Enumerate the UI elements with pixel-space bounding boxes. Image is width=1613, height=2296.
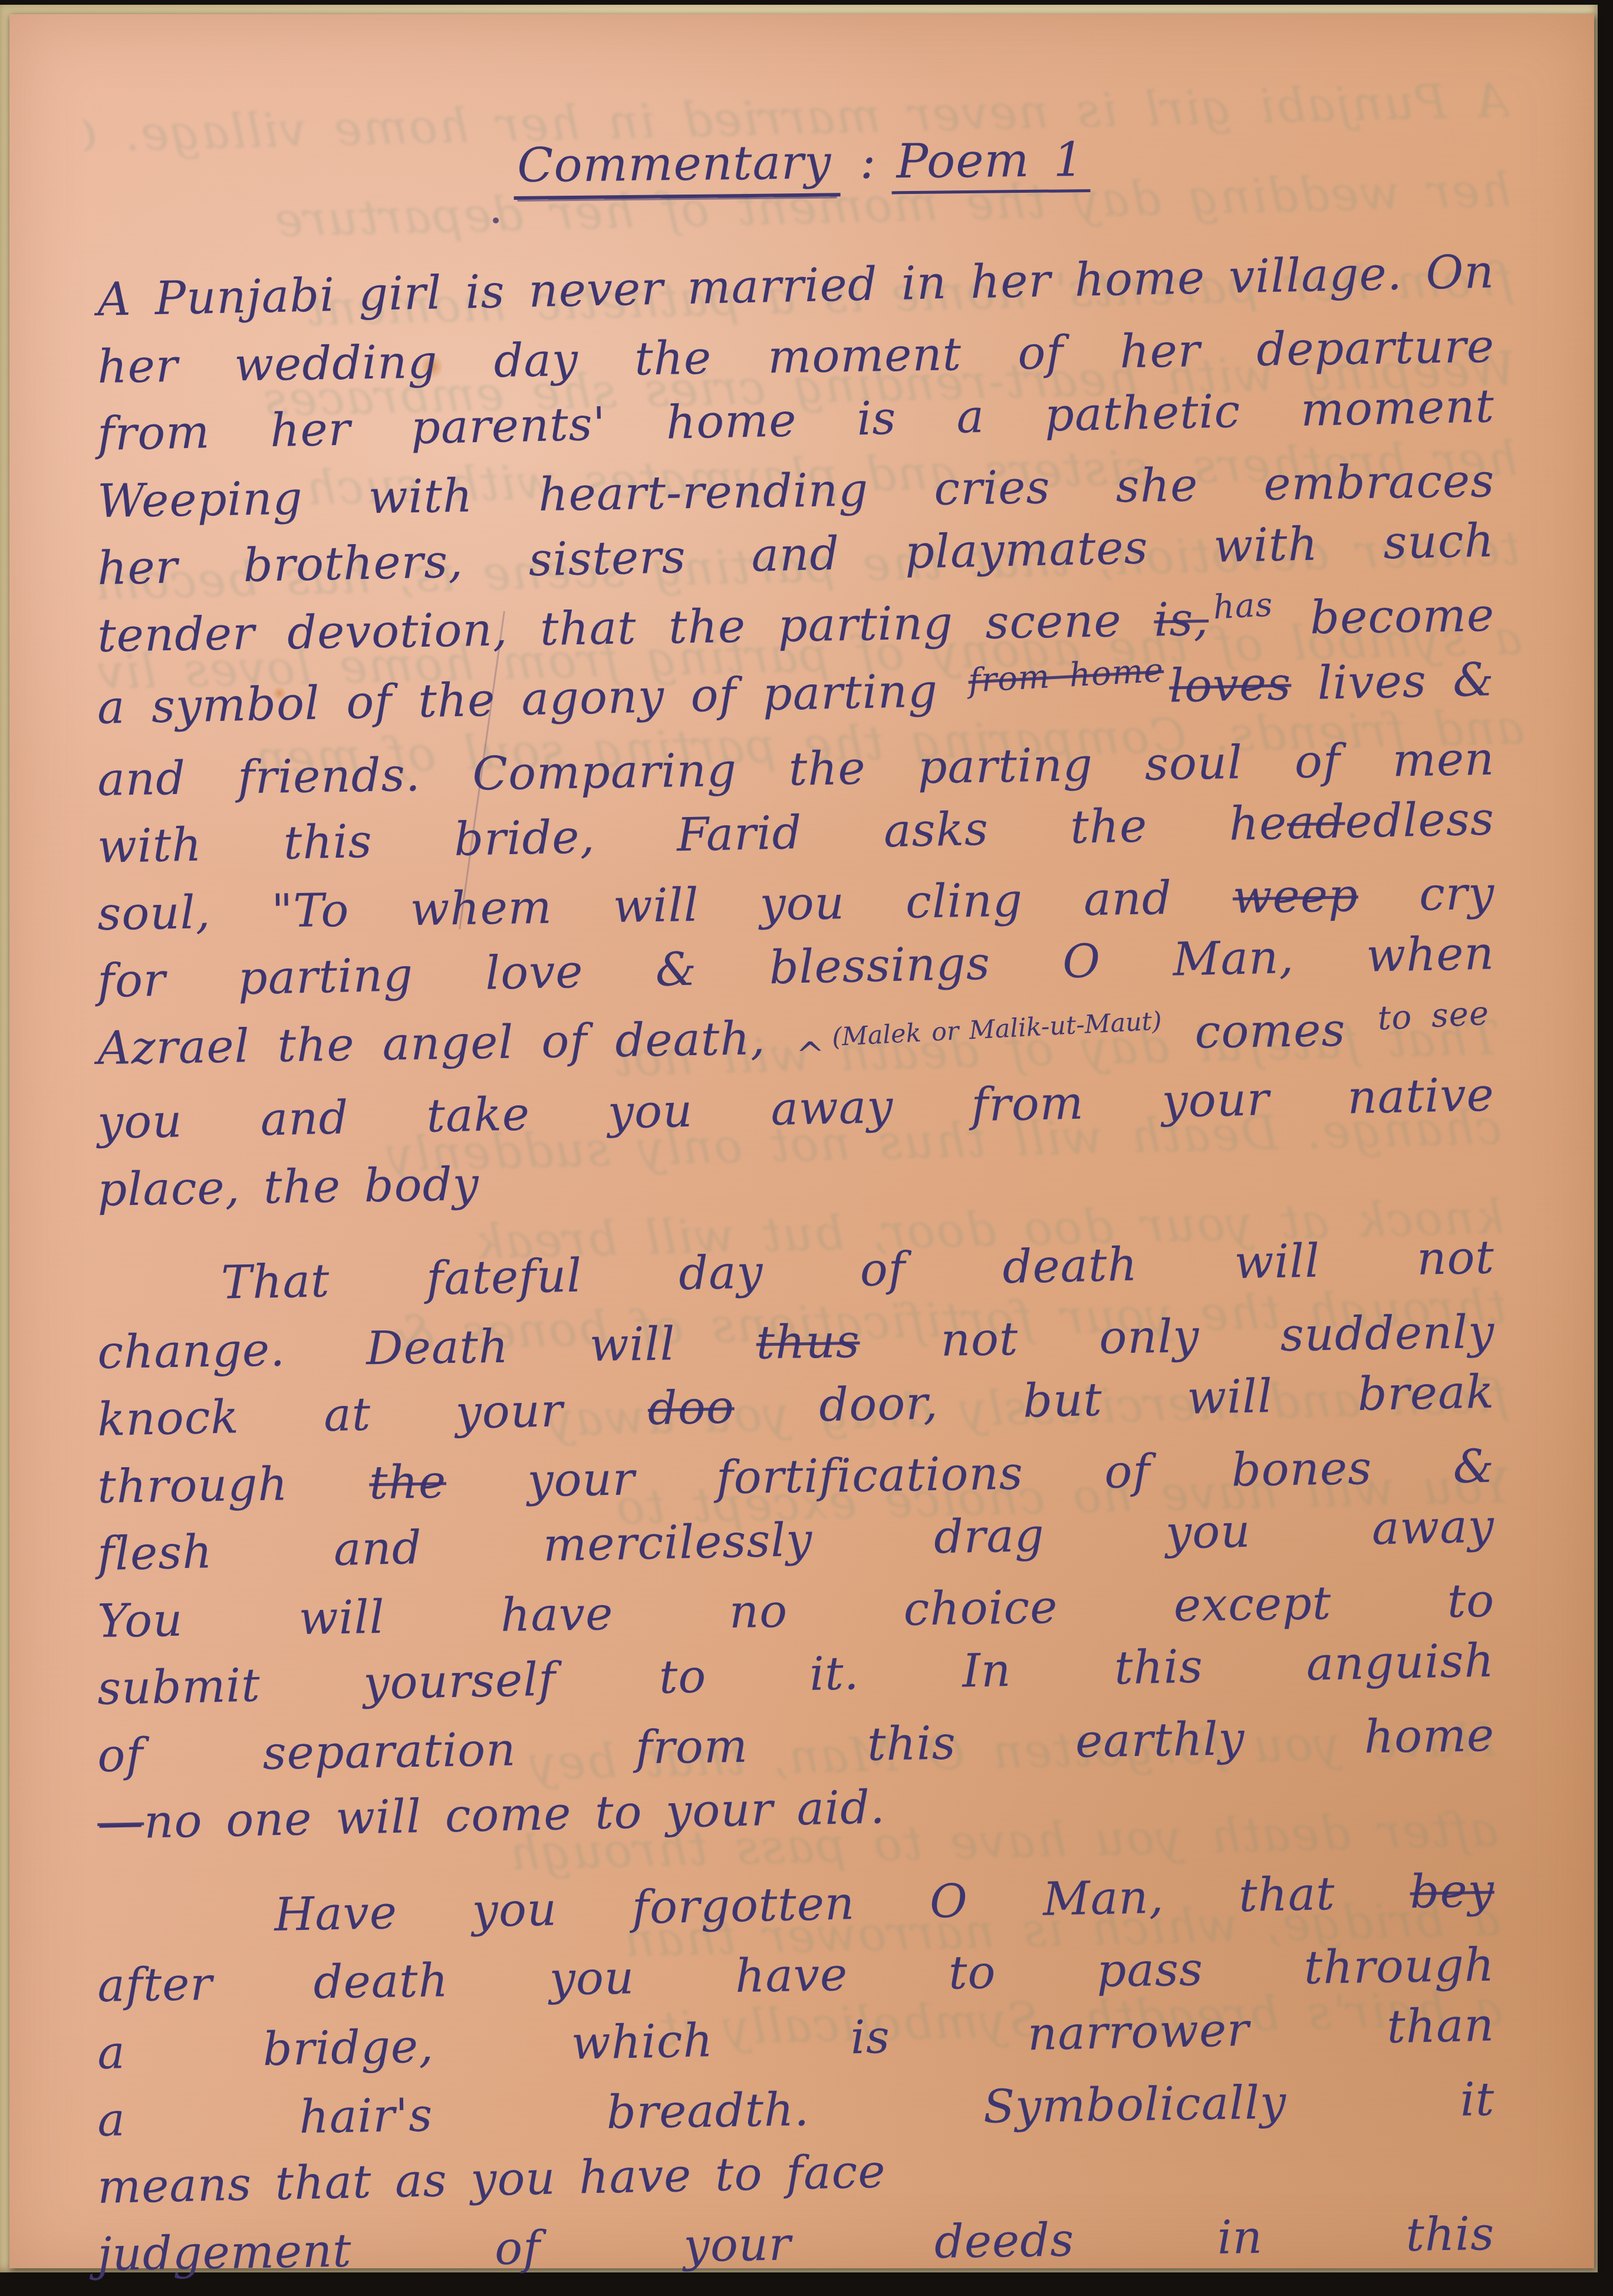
scanned-notebook-photo: A Punjabi girl is never married in her h… — [0, 0, 1613, 2296]
text-run: comes — [1167, 1003, 1374, 1059]
ink-dot — [493, 218, 499, 223]
text-run: edless — [1345, 792, 1495, 848]
text-run: change. Death will — [97, 1316, 757, 1379]
title-word-commentary: Commentary — [513, 134, 840, 200]
inserted-text: (Malek or Malik-ut-Maut) — [831, 987, 1164, 1071]
inserted-text: has — [1212, 572, 1275, 642]
struck-out-text: ad — [1286, 796, 1345, 850]
text-run: door, but will break — [734, 1365, 1495, 1434]
struck-out-text: the — [369, 1455, 447, 1510]
struck-out-text: — — [97, 1796, 144, 1850]
struck-out-text: from home — [967, 637, 1166, 715]
title-colon: : — [840, 134, 892, 189]
text-run: Have you forgotten O Man, that — [274, 1866, 1410, 1942]
text-run: judgement of your deeds in this — [97, 2208, 1495, 2281]
text-run: Azrael the angel of death, — [97, 1012, 794, 1076]
manuscript-body: A Punjabi girl is never married in her h… — [98, 266, 1495, 2288]
struck-out-text: thus — [756, 1315, 860, 1370]
inserted-text: to see — [1376, 980, 1491, 1053]
title-word-poem1: Poem 1 — [891, 132, 1090, 195]
text-run: That fateful day of death will not — [220, 1231, 1495, 1309]
text-run: become — [1278, 589, 1495, 645]
paragraph: Have you forgotten O Man, that beyafter … — [98, 1885, 1495, 2288]
struck-out-text: doo — [647, 1381, 735, 1435]
text-run: knock at your — [97, 1382, 648, 1447]
text-run: a symbol of the agony of parting — [97, 664, 964, 734]
text-run: no one will come to your aid. — [143, 1781, 885, 1849]
manuscript-page: A Punjabi girl is never married in her h… — [9, 14, 1594, 2268]
text-run: means that as you have to face — [97, 2145, 886, 2214]
text-run: cry — [1358, 867, 1495, 922]
text-run: through — [97, 1457, 370, 1514]
text-run: A Punjabi girl is never married in her h… — [97, 245, 1495, 327]
paragraph: A Punjabi girl is never married in her h… — [98, 266, 1495, 1224]
struck-out-text: loves — [1168, 657, 1292, 713]
page-title: Commentary:Poem 1 — [9, 127, 1595, 198]
text-run: place, the body — [97, 1158, 479, 1217]
paragraph: That fateful day of death will notchange… — [98, 1252, 1495, 1857]
struck-out-text: bey — [1410, 1864, 1495, 1919]
text-run: lives & — [1291, 653, 1495, 710]
text-run: not only suddenly — [860, 1306, 1495, 1368]
struck-out-text: weep — [1232, 869, 1358, 924]
